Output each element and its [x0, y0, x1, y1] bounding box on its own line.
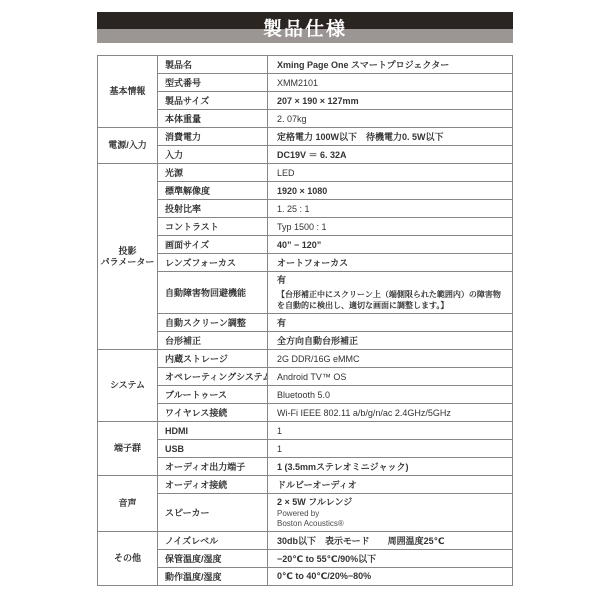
spec-row: 投射比率1. 25 : 1: [98, 200, 513, 218]
spec-value: オートフォーカス: [268, 254, 513, 272]
spec-row: スピーカー2 × 5W フルレンジPowered byBoston Acoust…: [98, 494, 513, 532]
spec-value: 2. 07kg: [268, 110, 513, 128]
spec-label: ブルートゥース: [158, 386, 268, 404]
spec-value-line: 有: [277, 274, 508, 287]
spec-value: LED: [268, 164, 513, 182]
spec-row: 型式番号XMM2101: [98, 74, 513, 92]
category-label: 基本情報: [99, 86, 156, 97]
spec-row: 本体重量2. 07kg: [98, 110, 513, 128]
spec-row: 製品サイズ207 × 190 × 127mm: [98, 92, 513, 110]
spec-row: 基本情報製品名Xming Page One スマートプロジェクター: [98, 56, 513, 74]
spec-value: XMM2101: [268, 74, 513, 92]
spec-row: ワイヤレス接続Wi-Fi IEEE 802.11 a/b/g/n/ac 2.4G…: [98, 404, 513, 422]
spec-value: 1: [268, 440, 513, 458]
spec-value: 定格電力 100W以下 待機電力0. 5W以下: [268, 128, 513, 146]
product-spec-page: 製品仕様 基本情報製品名Xming Page One スマートプロジェクター型式…: [0, 0, 600, 600]
spec-label: ノイズレベル: [158, 532, 268, 550]
category-cell: 端子群: [98, 422, 158, 476]
product-spec-table: 基本情報製品名Xming Page One スマートプロジェクター型式番号XMM…: [97, 55, 513, 586]
spec-row: 標準解像度1920 × 1080: [98, 182, 513, 200]
spec-label: 型式番号: [158, 74, 268, 92]
spec-label: 投射比率: [158, 200, 268, 218]
spec-row: 動作温度/湿度0℃ to 40℃/20%−80%: [98, 568, 513, 586]
spec-value: 全方向自動台形補正: [268, 332, 513, 350]
spec-value: 1. 25 : 1: [268, 200, 513, 218]
spec-label: 自動スクリーン調整: [158, 314, 268, 332]
category-label: 投影: [99, 246, 156, 257]
spec-row: 台形補正全方向自動台形補正: [98, 332, 513, 350]
spec-value: DC19V ＝ 6. 32A: [268, 146, 513, 164]
category-label: 音声: [99, 498, 156, 509]
spec-row: 投影パラメーター光源LED: [98, 164, 513, 182]
spec-row: 自動障害物回避機能有【台形補正中にスクリーン上（端側限られた範囲内）の障害物を自…: [98, 272, 513, 314]
spec-row: 画面サイズ40” − 120”: [98, 236, 513, 254]
spec-label: 光源: [158, 164, 268, 182]
spec-label: 製品サイズ: [158, 92, 268, 110]
page-title: 製品仕様: [97, 12, 513, 43]
spec-value: 40” − 120”: [268, 236, 513, 254]
spec-label: 入力: [158, 146, 268, 164]
spec-value: ドルビーオーディオ: [268, 476, 513, 494]
spec-value-line: 2 × 5W フルレンジ: [277, 496, 508, 509]
category-label: パラメーター: [99, 257, 156, 268]
spec-row: オペレーティングシステムAndroid TV™ OS: [98, 368, 513, 386]
spec-label: オーディオ出力端子: [158, 458, 268, 476]
spec-label: オペレーティングシステム: [158, 368, 268, 386]
spec-row: その他ノイズレベル30db以下 表示モード 周囲温度25℃: [98, 532, 513, 550]
spec-label: 画面サイズ: [158, 236, 268, 254]
category-label: その他: [99, 553, 156, 564]
category-cell: 音声: [98, 476, 158, 532]
spec-value-line: 【台形補正中にスクリーン上（端側限られた範囲内）の障害物を自動的に検出し、適切な…: [277, 289, 508, 311]
category-label: 電源/入力: [99, 140, 156, 151]
spec-row: 音声オーディオ接続ドルビーオーディオ: [98, 476, 513, 494]
spec-row: 自動スクリーン調整有: [98, 314, 513, 332]
category-cell: その他: [98, 532, 158, 586]
spec-row: レンズフォーカスオートフォーカス: [98, 254, 513, 272]
spec-label: 標準解像度: [158, 182, 268, 200]
spec-value: 2 × 5W フルレンジPowered byBoston Acoustics®: [268, 494, 513, 532]
spec-label: HDMI: [158, 422, 268, 440]
category-label: 端子群: [99, 443, 156, 454]
category-cell: 投影パラメーター: [98, 164, 158, 350]
spec-label: 自動障害物回避機能: [158, 272, 268, 314]
spec-label: 台形補正: [158, 332, 268, 350]
spec-value: 1: [268, 422, 513, 440]
spec-label: 本体重量: [158, 110, 268, 128]
spec-row: ブルートゥースBluetooth 5.0: [98, 386, 513, 404]
spec-row: 入力DC19V ＝ 6. 32A: [98, 146, 513, 164]
spec-row: USB1: [98, 440, 513, 458]
spec-label: 内蔵ストレージ: [158, 350, 268, 368]
spec-row: 保管温度/湿度−20℃ to 55℃/90%以下: [98, 550, 513, 568]
spec-value: 有: [268, 314, 513, 332]
spec-row: オーディオ出力端子1 (3.5mmステレオミニジャック): [98, 458, 513, 476]
spec-label: 保管温度/湿度: [158, 550, 268, 568]
spec-label: USB: [158, 440, 268, 458]
category-cell: 電源/入力: [98, 128, 158, 164]
spec-value-line: Powered by: [277, 509, 508, 519]
spec-value: −20℃ to 55℃/90%以下: [268, 550, 513, 568]
spec-value: 1 (3.5mmステレオミニジャック): [268, 458, 513, 476]
spec-label: 消費電力: [158, 128, 268, 146]
spec-value: Xming Page One スマートプロジェクター: [268, 56, 513, 74]
spec-value: 0℃ to 40℃/20%−80%: [268, 568, 513, 586]
spec-value: Wi-Fi IEEE 802.11 a/b/g/n/ac 2.4GHz/5GHz: [268, 404, 513, 422]
spec-label: オーディオ接続: [158, 476, 268, 494]
category-cell: システム: [98, 350, 158, 422]
spec-row: 電源/入力消費電力定格電力 100W以下 待機電力0. 5W以下: [98, 128, 513, 146]
category-label: システム: [99, 380, 156, 391]
spec-label: コントラスト: [158, 218, 268, 236]
spec-value: 2G DDR/16G eMMC: [268, 350, 513, 368]
spec-value: 207 × 190 × 127mm: [268, 92, 513, 110]
spec-label: 製品名: [158, 56, 268, 74]
spec-row: システム内蔵ストレージ2G DDR/16G eMMC: [98, 350, 513, 368]
spec-label: レンズフォーカス: [158, 254, 268, 272]
spec-value: Android TV™ OS: [268, 368, 513, 386]
category-cell: 基本情報: [98, 56, 158, 128]
spec-value: Bluetooth 5.0: [268, 386, 513, 404]
spec-value: 有【台形補正中にスクリーン上（端側限られた範囲内）の障害物を自動的に検出し、適切…: [268, 272, 513, 314]
spec-label: スピーカー: [158, 494, 268, 532]
spec-value: 1920 × 1080: [268, 182, 513, 200]
spec-value: 30db以下 表示モード 周囲温度25℃: [268, 532, 513, 550]
spec-label: 動作温度/湿度: [158, 568, 268, 586]
spec-label: ワイヤレス接続: [158, 404, 268, 422]
spec-row: コントラストTyp 1500 : 1: [98, 218, 513, 236]
spec-value: Typ 1500 : 1: [268, 218, 513, 236]
spec-row: 端子群HDMI1: [98, 422, 513, 440]
spec-value-line: Boston Acoustics®: [277, 519, 508, 529]
spec-header-banner: 製品仕様: [97, 12, 513, 43]
